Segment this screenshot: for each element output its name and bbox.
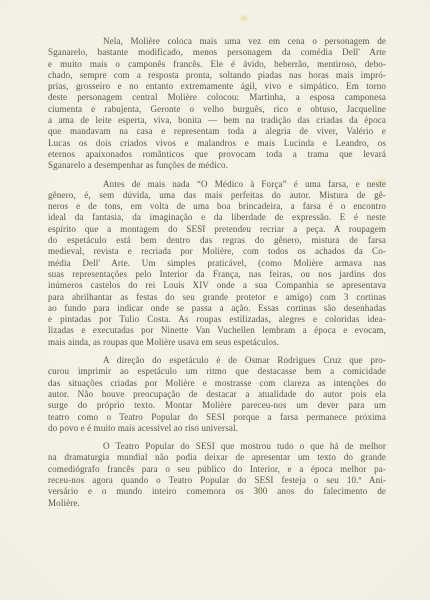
text-line: curou imprimir ao espetáculo um ritmo qu… xyxy=(48,366,386,377)
text-line: e muito mais o camponês francês. Ele é á… xyxy=(48,59,386,70)
text-line: O Teatro Popular do SESI que mostrou tud… xyxy=(48,441,386,452)
text-line: suas representações pelo Interior da Fra… xyxy=(48,269,386,280)
text-line: autor. Não houve preocupação de destacar… xyxy=(48,389,386,400)
text-line: Nela, Molière coloca mais uma vez em cen… xyxy=(48,36,386,47)
scanned-page: Nela, Molière coloca mais uma vez em cen… xyxy=(0,0,430,600)
text-line: prias, grosseiro e no entanto extremamen… xyxy=(48,81,386,92)
text-line: inúmeros castelos do rei Louis XIV onde … xyxy=(48,280,386,291)
text-line: neros e de tons, em volta de uma boa bri… xyxy=(48,201,386,212)
text-line: Lucas os dois criados vivos e malandros … xyxy=(48,138,386,149)
text-line: eternos apaixonados românticos que provo… xyxy=(48,149,386,160)
text-line: Antes de mais nada “O Médico à Força” é … xyxy=(48,179,386,190)
text-line: teatro como o Teatro Popular do SESI por… xyxy=(48,412,386,423)
text-line: A direção do espetáculo é de Osmar Rodri… xyxy=(48,355,386,366)
text-line: chado, sempre com a resposta pronta, sol… xyxy=(48,70,386,81)
text-line: gênero, é, sem dúvida, uma das mais perf… xyxy=(48,190,386,201)
text-line: mais ainda, as roupas que Molière usava … xyxy=(48,337,386,348)
text-line: lizadas e executadas por Ninette Van Vuc… xyxy=(48,325,386,336)
text-line: surge do próprio texto. Montar Molière p… xyxy=(48,400,386,411)
text-line: ciumenta e rabujenta, Geronte o velho bu… xyxy=(48,104,386,115)
paragraph: A direção do espetáculo é de Osmar Rodri… xyxy=(48,355,386,434)
text-block: Nela, Molière coloca mais uma vez em cen… xyxy=(48,36,386,509)
text-line: na dramaturgia mundial não podia deixar … xyxy=(48,452,386,463)
paragraph: O Teatro Popular do SESI que mostrou tud… xyxy=(48,441,386,509)
text-line: espírito que a montagem do SESI pretende… xyxy=(48,224,386,235)
text-line: para abrilhantar as festas do seu grande… xyxy=(48,292,386,303)
text-line: Sganarelo a desempenhar as funções de mé… xyxy=(48,160,386,171)
text-line: ao fundo para indicar onde se passa a aç… xyxy=(48,303,386,314)
text-line: receu-nos agora quando o Teatro Popular … xyxy=(48,475,386,486)
text-line: e pintadas por Tulio Costa. As roupas es… xyxy=(48,314,386,325)
text-line: média Dell' Arte. Um simples praticável,… xyxy=(48,258,386,269)
paragraph: Antes de mais nada “O Médico à Força” é … xyxy=(48,179,386,348)
text-line: ideal da fantasia, da imaginação e da li… xyxy=(48,212,386,223)
text-line: versário e o mundo inteiro comemora os 3… xyxy=(48,486,386,497)
text-line: do povo e é muito mais acessível ao riso… xyxy=(48,423,386,434)
text-line: que mandavam na casa e representam toda … xyxy=(48,126,386,137)
foxing-stain xyxy=(238,14,250,23)
text-line: do espetáculo está bem dentro das regras… xyxy=(48,235,386,246)
paragraph: Nela, Molière coloca mais uma vez em cen… xyxy=(48,36,386,172)
text-line: Molière. xyxy=(48,498,386,509)
text-line: Sganarelo, bastante modificado, menos pe… xyxy=(48,47,386,58)
text-line: comediógrafo francês para o seu público … xyxy=(48,464,386,475)
text-line: a ama de leite esperta, viva, bonita — b… xyxy=(48,115,386,126)
text-line: medieval, revista e recriada por Molière… xyxy=(48,246,386,257)
text-line: das situações criadas por Molière e most… xyxy=(48,378,386,389)
text-line: deste personagem central Molière colocou… xyxy=(48,92,386,103)
